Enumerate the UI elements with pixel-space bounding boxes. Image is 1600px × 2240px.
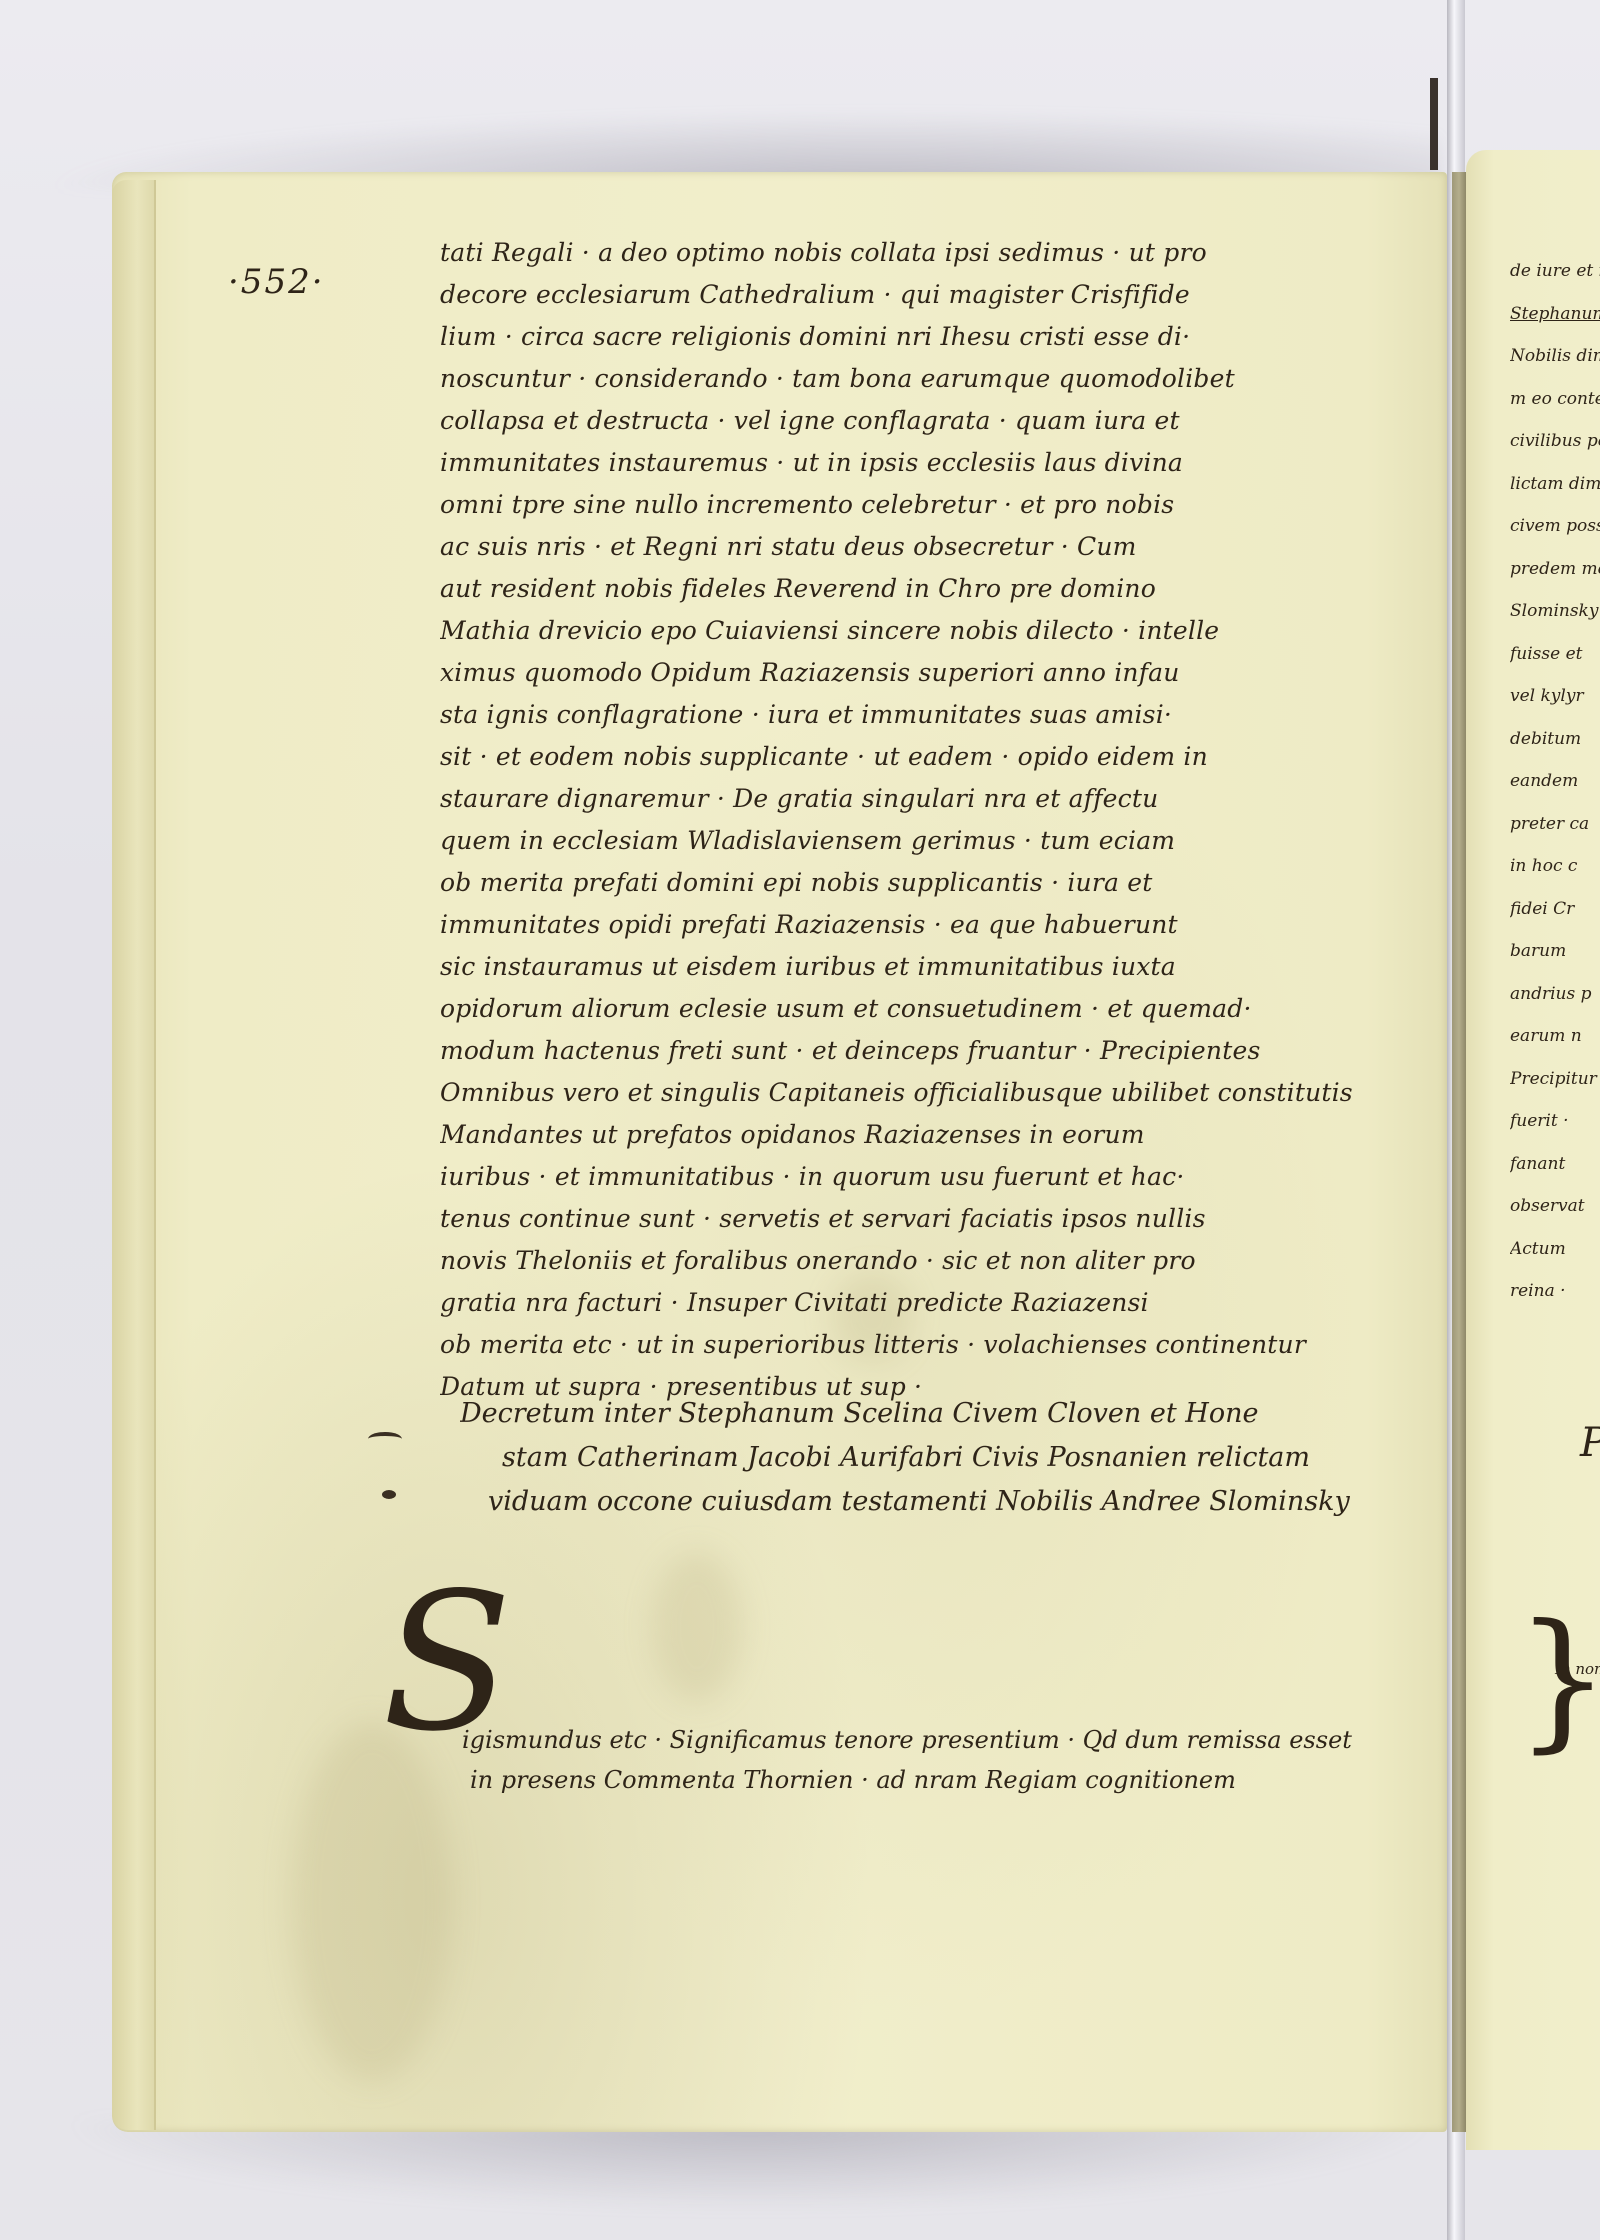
text-line: ximus quomodo Opidum Raziazensis superio…	[440, 652, 1360, 694]
decree-heading: Decretum inter Stephanum Scelina Civem C…	[460, 1392, 1360, 1524]
heading-line: stam Catherinam Jacobi Aurifabri Civis P…	[460, 1436, 1360, 1480]
text-line: in presens Commenta Thornien · ad nram R…	[462, 1760, 1362, 1800]
text-line: fanant	[1510, 1143, 1600, 1186]
text-line: decore ecclesiarum Cathedralium · qui ma…	[440, 274, 1360, 316]
text-line: sta ignis conflagratione · iura et immun…	[440, 694, 1360, 736]
book-gutter	[1452, 172, 1466, 2132]
text-line: gratia nra facturi · Insuper Civitati pr…	[440, 1282, 1360, 1324]
text-line: ob merita etc · ut in superioribus litte…	[440, 1324, 1360, 1366]
text-line: collapsa et destructa · vel igne conflag…	[440, 400, 1360, 442]
text-line: de iure et in	[1510, 250, 1600, 293]
text-line: andrius p	[1510, 973, 1600, 1016]
text-line: reina ·	[1510, 1270, 1600, 1313]
decree-text-block: igismundus etc · Significamus tenore pre…	[462, 1720, 1362, 1800]
text-line: Slominsky	[1510, 590, 1600, 633]
text-line: eandem	[1510, 760, 1600, 803]
paper-stain	[652, 1552, 742, 1702]
text-line: predem mo	[1510, 548, 1600, 591]
text-line: staurare dignaremur · De gratia singular…	[440, 778, 1360, 820]
text-line: iuribus · et immunitatibus · in quorum u…	[440, 1156, 1360, 1198]
text-line: quem in ecclesiam Wladislaviensem gerimu…	[440, 820, 1360, 862]
text-line: Actum	[1510, 1228, 1600, 1271]
text-line: noscuntur · considerando · tam bona earu…	[440, 358, 1360, 400]
text-line: preter ca	[1510, 803, 1600, 846]
text-line: opidorum aliorum eclesie usum et consuet…	[440, 988, 1360, 1030]
text-line: modum hactenus freti sunt · et deinceps …	[440, 1030, 1360, 1072]
text-line: fuerit ·	[1510, 1100, 1600, 1143]
text-line: sic instauramus ut eisdem iuribus et imm…	[440, 946, 1360, 988]
text-line: lictam dim	[1510, 463, 1600, 506]
text-line: civem possi	[1510, 505, 1600, 548]
text-line: novis Theloniis et foralibus onerando · …	[440, 1240, 1360, 1282]
text-line: Nobilis dimi	[1510, 335, 1600, 378]
text-line: Omnibus vero et singulis Capitaneis offi…	[440, 1072, 1360, 1114]
brace-initial-mark: }	[1515, 1605, 1600, 1755]
margin-stroke-mark	[368, 1432, 402, 1446]
heading-line: Decretum inter Stephanum Scelina Civem C…	[460, 1392, 1360, 1436]
page-edge	[112, 180, 156, 2130]
text-line: civilibus po	[1510, 420, 1600, 463]
right-page-initial-fragment: P	[1580, 1420, 1600, 1466]
folio-number: ·552·	[228, 262, 325, 302]
text-line: barum	[1510, 930, 1600, 973]
text-line: m eo content	[1510, 378, 1600, 421]
main-text-block: tati Regali · a deo optimo nobis collata…	[440, 232, 1360, 1408]
text-line: tati Regali · a deo optimo nobis collata…	[440, 232, 1360, 274]
text-line: observat	[1510, 1185, 1600, 1228]
text-line: fidei Cr	[1510, 888, 1600, 931]
text-line: vel kylyr	[1510, 675, 1600, 718]
paper-stain	[292, 1722, 452, 2082]
text-line: tenus continue sunt · servetis et servar…	[440, 1198, 1360, 1240]
text-line: Mathia drevicio epo Cuiaviensi sincere n…	[440, 610, 1360, 652]
heading-line: viduam occone cuiusdam testamenti Nobili…	[460, 1480, 1360, 1524]
text-line: debitum	[1510, 718, 1600, 761]
text-line: in hoc c	[1510, 845, 1600, 888]
margin-ink-blot	[382, 1490, 396, 1499]
page-shadow-bottom	[60, 2120, 1440, 2210]
text-line: Precipitur	[1510, 1058, 1600, 1101]
brace-text: In nome	[1555, 1660, 1600, 1678]
text-line: omni tpre sine nullo incremento celebret…	[440, 484, 1360, 526]
text-line: Stephanum	[1510, 293, 1600, 336]
text-line: immunitates opidi prefati Raziazensis · …	[440, 904, 1360, 946]
text-line: immunitates instauremus · ut in ipsis ec…	[440, 442, 1360, 484]
text-line: ob merita prefati domini epi nobis suppl…	[440, 862, 1360, 904]
text-line: aut resident nobis fideles Reverend in C…	[440, 568, 1360, 610]
text-line: igismundus etc · Significamus tenore pre…	[462, 1720, 1362, 1760]
text-line: sit · et eodem nobis supplicante · ut ea…	[440, 736, 1360, 778]
text-line: Mandantes ut prefatos opidanos Raziazens…	[440, 1114, 1360, 1156]
text-line: ac suis nris · et Regni nri statu deus o…	[440, 526, 1360, 568]
text-line: lium · circa sacre religionis domini nri…	[440, 316, 1360, 358]
text-line: fuisse et	[1510, 633, 1600, 676]
text-line: earum n	[1510, 1015, 1600, 1058]
binding-tick	[1430, 78, 1438, 170]
right-page-text-fragment: de iure et in Stephanum Nobilis dimi m e…	[1510, 250, 1600, 1313]
